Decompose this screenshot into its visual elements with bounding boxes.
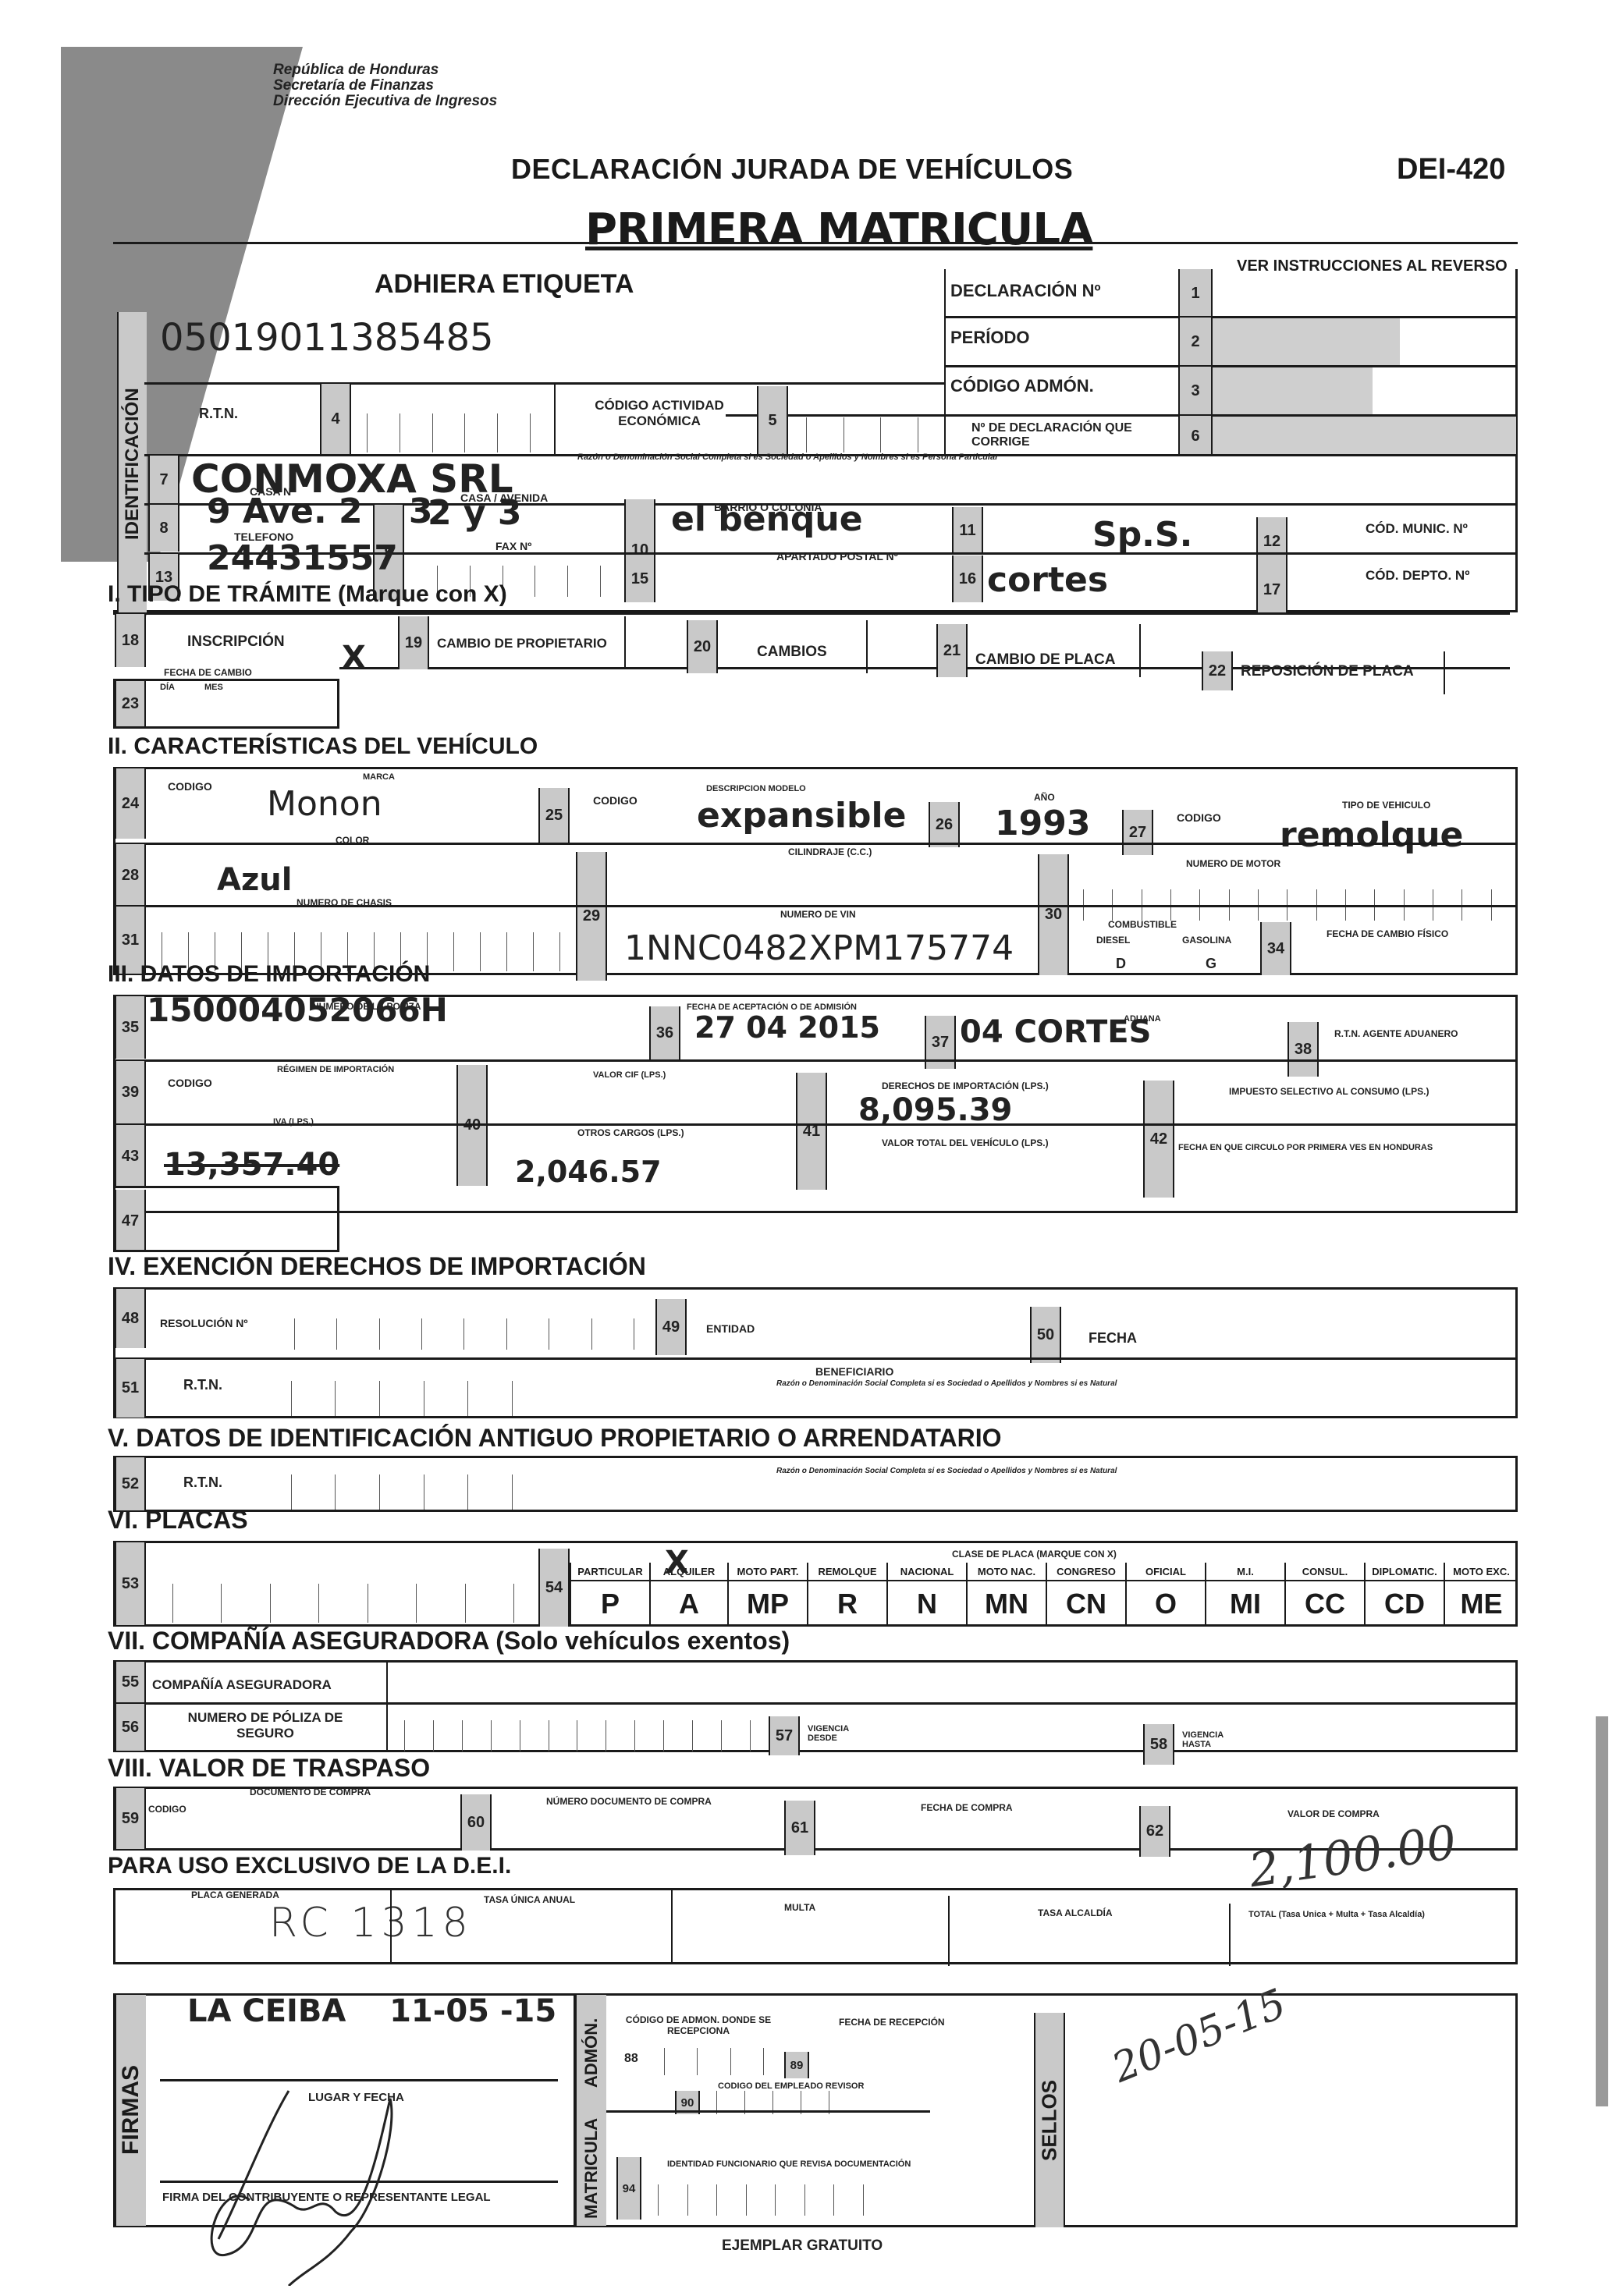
plate-class-nacional[interactable]: NACIONALN bbox=[886, 1563, 966, 1627]
rtn-agente-label: R.T.N. AGENTE ADUANERO bbox=[1334, 1028, 1458, 1039]
fecha-cambio-input[interactable] bbox=[113, 679, 339, 729]
funcionario-input[interactable] bbox=[644, 2184, 878, 2216]
ciudad-value[interactable]: Sp.S. bbox=[1092, 515, 1192, 555]
field-number: 34 bbox=[1260, 922, 1291, 975]
otros-cargos-label: OTROS CARGOS (LPS.) bbox=[577, 1127, 684, 1138]
plate-class-consul[interactable]: CONSUL.CC bbox=[1284, 1563, 1364, 1627]
fecha-circulo-label: FECHA EN QUE CIRCULO POR PRIMERA VES EN … bbox=[1178, 1143, 1433, 1152]
divider bbox=[386, 1662, 388, 1751]
section-exencion-title: IV. EXENCIÓN DERECHOS DE IMPORTACIÓN bbox=[108, 1252, 646, 1281]
field-number: 89 bbox=[784, 2052, 809, 2078]
field-number: 39 bbox=[115, 1061, 146, 1123]
beneficiario-rtn-input[interactable] bbox=[269, 1381, 535, 1416]
plate-class-moto-part[interactable]: MOTO PART.MP bbox=[727, 1563, 807, 1627]
field-number: 20 bbox=[687, 620, 718, 673]
plate-class-moto-nac[interactable]: MOTO NAC.MN bbox=[966, 1563, 1046, 1627]
combustible-label: COMBUSTIBLE bbox=[1108, 919, 1177, 930]
codigo-label: CODIGO bbox=[148, 1804, 186, 1815]
diesel-label: DIESEL bbox=[1096, 935, 1130, 946]
admon-side-label: ADMÓN. bbox=[575, 1995, 606, 2110]
section-antiguo-title: V. DATOS DE IDENTIFICACIÓN ANTIGUO PROPI… bbox=[108, 1424, 1002, 1453]
beneficiario-note: Razón o Denominación Social Completa si … bbox=[776, 1379, 1117, 1388]
aduana-value[interactable]: 04 CORTES bbox=[960, 1014, 1151, 1050]
valor-compra-label: VALOR DE COMPRA bbox=[1287, 1808, 1380, 1819]
otros-cargos-value[interactable]: 2,046.57 bbox=[515, 1155, 662, 1189]
barrio-value[interactable]: el benque bbox=[671, 499, 863, 539]
codigo-admon-recepciona-label: CÓDIGO DE ADMON. DONDE SE RECEPCIONA bbox=[620, 2014, 776, 2036]
fecha-compra-label: FECHA DE COMPRA bbox=[921, 1802, 1013, 1813]
chasis-label: NUMERO DE CHASIS bbox=[297, 897, 392, 908]
fecha-recepcion-label: FECHA DE RECEPCIÓN bbox=[839, 2017, 945, 2028]
field-number: 8 bbox=[148, 505, 179, 552]
rtn-label: R.T.N. bbox=[183, 1474, 222, 1491]
section-vehiculo-title: II. CARACTERÍSTICAS DEL VEHÍCULO bbox=[108, 733, 538, 760]
divider bbox=[144, 382, 944, 385]
vigencia-desde-label: VIGENCIA DESDE bbox=[808, 1724, 870, 1743]
field-number: 52 bbox=[115, 1457, 146, 1510]
divider bbox=[113, 1357, 1518, 1360]
divider bbox=[671, 1888, 673, 1964]
vin-label: NUMERO DE VIN bbox=[780, 909, 856, 920]
field-number: 43 bbox=[115, 1125, 146, 1187]
declaracion-corrige-label: Nº DE DECLARACIÓN QUE CORRIGE bbox=[971, 421, 1151, 449]
placa-generada-label: PLACA GENERADA bbox=[191, 1890, 279, 1900]
rtn-label: R.T.N. bbox=[199, 406, 238, 422]
field-number: 42 bbox=[1143, 1081, 1174, 1198]
divider bbox=[113, 1123, 1518, 1126]
codigo-admon-field[interactable] bbox=[1213, 367, 1373, 414]
periodo-field[interactable] bbox=[1213, 318, 1400, 365]
numero-documento-label: NÚMERO DOCUMENTO DE COMPRA bbox=[546, 1796, 712, 1807]
field-number: 58 bbox=[1143, 1724, 1174, 1765]
field-number: 62 bbox=[1139, 1806, 1170, 1857]
matricula-side-label: MATRICULA bbox=[575, 2110, 606, 2226]
divider bbox=[1444, 651, 1445, 694]
cod-munic-label: CÓD. MUNIC. Nº bbox=[1366, 521, 1468, 537]
total-label: TOTAL (Tasa Unica + Multa + Tasa Alcaldí… bbox=[1248, 1910, 1425, 1919]
field-number: 56 bbox=[115, 1704, 146, 1751]
poliza-value[interactable]: 150004052066H bbox=[147, 991, 448, 1029]
fecha-cambio-label: FECHA DE CAMBIO bbox=[164, 667, 252, 678]
compania-label: COMPAÑÍA ASEGURADORA bbox=[152, 1677, 332, 1693]
field-number: 25 bbox=[538, 788, 570, 843]
field-number: 22 bbox=[1202, 651, 1233, 690]
field-number: 27 bbox=[1122, 810, 1153, 855]
fecha-aceptacion-value[interactable]: 27 04 2015 bbox=[694, 1010, 880, 1045]
field-number: 3 bbox=[1178, 367, 1213, 415]
codigo-label: CODIGO bbox=[593, 794, 638, 807]
field-number: 24 bbox=[115, 768, 146, 839]
regimen-label: RÉGIMEN DE IMPORTACIÓN bbox=[277, 1065, 394, 1074]
clase-placa-label: CLASE DE PLACA (Marque con X) bbox=[952, 1549, 1117, 1560]
alquiler-mark: X bbox=[665, 1545, 689, 1581]
departamento-value[interactable]: cortes bbox=[987, 560, 1108, 600]
poliza-seguro-label: NUMERO DE PÓLIZA DE SEGURO bbox=[164, 1710, 367, 1741]
tramite-inscripcion-label: INSCRIPCIÓN bbox=[187, 633, 285, 651]
actividad-input[interactable] bbox=[788, 417, 936, 452]
gasolina-option[interactable]: G bbox=[1206, 956, 1216, 972]
tasa-alcaldia-label: TASA ALCALDÍA bbox=[1038, 1907, 1113, 1918]
document-subtitle: PRIMERA MATRICULA bbox=[585, 204, 1092, 255]
field-number: 30 bbox=[1038, 854, 1069, 975]
divider bbox=[113, 612, 1510, 615]
field-number: 1 bbox=[1178, 269, 1213, 318]
resolucion-label: RESOLUCIÓN Nº bbox=[160, 1317, 247, 1329]
field-number: 38 bbox=[1287, 1022, 1319, 1077]
section-tramite-title: I. TIPO DE TRÁMITE (Marque con X) bbox=[108, 581, 507, 608]
plate-class-congreso[interactable]: CONGRESOCN bbox=[1046, 1563, 1125, 1627]
avenida-value[interactable]: 2 y 3 bbox=[428, 493, 522, 533]
divider bbox=[866, 620, 868, 673]
funcionario-label: IDENTIDAD FUNCIONARIO QUE REVISA DOCUMEN… bbox=[667, 2159, 911, 2169]
field-number: 51 bbox=[115, 1359, 146, 1418]
iva-value[interactable]: 13,357.40 bbox=[164, 1147, 339, 1183]
divider bbox=[390, 1888, 392, 1964]
field-number: 29 bbox=[576, 852, 607, 981]
divider bbox=[113, 1702, 1518, 1705]
fax-label: FAX Nº bbox=[495, 540, 531, 552]
field-number: 94 bbox=[616, 2157, 641, 2220]
poliza-seguro-input[interactable] bbox=[390, 1720, 765, 1751]
marca-label: MARCA bbox=[363, 772, 395, 782]
field-number: 61 bbox=[784, 1801, 815, 1855]
fecha-cambio-fisico-label: FECHA DE CAMBIO FÍSICO bbox=[1327, 928, 1448, 939]
periodo-label: PERÍODO bbox=[950, 328, 1029, 348]
entidad-label: ENTIDAD bbox=[706, 1322, 755, 1335]
scan-edge-artifact bbox=[1596, 1716, 1608, 2106]
divider bbox=[554, 384, 556, 454]
signature-scribble bbox=[172, 2083, 468, 2286]
tipo-value[interactable]: remolque bbox=[1280, 815, 1463, 855]
lugar-fecha-value[interactable]: LA CEIBA 11-05 -15 bbox=[187, 1993, 556, 2029]
field-number: 57 bbox=[769, 1716, 800, 1755]
agency-line: Secretaría de Finanzas bbox=[273, 78, 497, 94]
modelo-value[interactable]: expansible bbox=[697, 796, 906, 836]
identificacion-side-label: IDENTIFICACIÓN bbox=[117, 312, 147, 616]
field-number: 6 bbox=[1178, 416, 1213, 456]
color-value[interactable]: Azul bbox=[217, 862, 292, 898]
signature-line bbox=[160, 2079, 558, 2081]
valor-cif-label: VALOR CIF (LPS.) bbox=[593, 1070, 666, 1080]
plate-class-mi[interactable]: M.I.MI bbox=[1205, 1563, 1284, 1627]
beneficiario-label: BENEFICIARIO bbox=[815, 1365, 893, 1378]
field-number: 50 bbox=[1030, 1307, 1061, 1363]
anio-value[interactable]: 1993 bbox=[995, 804, 1090, 843]
agency-line: Dirección Ejecutiva de Ingresos bbox=[273, 94, 497, 109]
placa-input[interactable] bbox=[148, 1584, 538, 1623]
divider bbox=[606, 2110, 930, 2113]
tramite-cambio-placa-label: CAMBIO DE PLACA bbox=[975, 651, 1115, 669]
form-code: DEI-420 bbox=[1397, 153, 1505, 186]
plate-class-diplomatic[interactable]: DIPLOMATIC.CD bbox=[1364, 1563, 1444, 1627]
tramite-reposicion-label: REPOSICIÓN DE PLACA bbox=[1241, 663, 1414, 680]
tipo-label: TIPO DE VEHICULO bbox=[1342, 800, 1430, 811]
empleado-label: CODIGO DEL EMPLEADO REVISOR bbox=[718, 2081, 864, 2091]
field-number: 54 bbox=[538, 1549, 570, 1627]
plate-class-oficial[interactable]: OFICIALO bbox=[1125, 1563, 1205, 1627]
field-number: 55 bbox=[115, 1662, 146, 1702]
field-number: 15 bbox=[624, 555, 655, 602]
selectivo-label: IMPUESTO SELECTIVO AL CONSUMO (LPS.) bbox=[1229, 1086, 1429, 1097]
section-aseguradora-title: VII. COMPAÑÍA ASEGURADORA (Solo vehículo… bbox=[108, 1627, 790, 1655]
field-number: 4 bbox=[320, 384, 351, 454]
vin-value[interactable]: 1NNC0482XPM175774 bbox=[624, 928, 1014, 968]
plate-class-moto-exc[interactable]: MOTO EXC.ME bbox=[1444, 1563, 1518, 1627]
field-number: 41 bbox=[796, 1073, 827, 1190]
rtn-label: R.T.N. bbox=[183, 1377, 222, 1393]
divider bbox=[944, 269, 946, 456]
field-number: 35 bbox=[115, 996, 146, 1059]
diesel-option[interactable]: D bbox=[1116, 956, 1126, 972]
section-placas-title: VI. PLACAS bbox=[108, 1506, 248, 1535]
footer-note: EJEMPLAR GRATUITO bbox=[722, 2237, 883, 2255]
field-number: 11 bbox=[952, 507, 983, 554]
field-number: 26 bbox=[929, 802, 960, 847]
admon-num: 88 bbox=[624, 2052, 638, 2066]
rtn-importador-input[interactable] bbox=[113, 1186, 339, 1252]
motor-label: NUMERO DE MOTOR bbox=[1186, 858, 1280, 869]
plate-class-row: PARTICULARP ALQUILERA MOTO PART.MP REMOL… bbox=[570, 1563, 1518, 1627]
field-number: 21 bbox=[936, 624, 968, 677]
section-importacion-title: III. DATOS DE IMPORTACIÓN bbox=[108, 961, 430, 988]
codigo-label: CODIGO bbox=[1177, 811, 1221, 824]
fecha-label: FECHA bbox=[1089, 1330, 1137, 1347]
agency-line: República de Honduras bbox=[273, 62, 497, 78]
admon-code-input[interactable] bbox=[648, 2048, 780, 2075]
cod-depto-label: CÓD. DEPTO. Nº bbox=[1366, 568, 1469, 584]
codigo-label: CODIGO bbox=[168, 1077, 212, 1089]
tramite-cambio-propietario-label: CAMBIO DE PROPIETARIO bbox=[437, 636, 607, 651]
field-number: 60 bbox=[460, 1794, 492, 1851]
plate-class-particular[interactable]: PARTICULARP bbox=[570, 1563, 649, 1627]
divider bbox=[1229, 1904, 1231, 1966]
field-number: 19 bbox=[398, 616, 429, 669]
field-number: 5 bbox=[757, 386, 788, 455]
divider bbox=[1139, 624, 1141, 677]
field-number: 28 bbox=[115, 844, 146, 907]
declaracion-corrige-field[interactable] bbox=[1213, 417, 1516, 456]
field-number: 36 bbox=[649, 1006, 680, 1059]
declaracion-label: DECLARACIÓN Nº bbox=[950, 281, 1101, 301]
razon-social-note: Razón o Denominación Social Completa si … bbox=[577, 452, 998, 462]
firmas-side-label: FIRMAS bbox=[115, 1995, 146, 2226]
resolucion-input[interactable] bbox=[273, 1318, 655, 1350]
field-number: 17 bbox=[1256, 566, 1287, 614]
cilindraje-label: CILINDRAJE (C.C.) bbox=[788, 846, 872, 857]
label-number[interactable]: 05019011385485 bbox=[160, 316, 494, 360]
placa-generada-value[interactable]: RC 1318 bbox=[269, 1900, 473, 1946]
document-title: DECLARACIÓN JURADA DE VEHÍCULOS bbox=[511, 153, 1073, 186]
field-number: 2 bbox=[1178, 318, 1213, 366]
field-number: 16 bbox=[952, 555, 983, 602]
divider bbox=[113, 843, 1518, 845]
divider bbox=[948, 1896, 950, 1966]
derechos-label: DERECHOS DE IMPORTACIÓN (LPS.) bbox=[882, 1081, 1049, 1091]
field-number: 49 bbox=[655, 1299, 687, 1355]
actividad-label: CÓDIGO ACTIVIDAD ECONÓMICA bbox=[570, 398, 749, 429]
codigo-label: CODIGO bbox=[168, 780, 212, 793]
divider bbox=[113, 242, 1518, 244]
field-number: 7 bbox=[148, 456, 179, 504]
documento-compra-label: DOCUMENTO DE COMPRA bbox=[250, 1787, 371, 1797]
apartado-label: APARTADO POSTAL Nº bbox=[776, 550, 898, 562]
divider bbox=[113, 1059, 1518, 1062]
antiguo-rtn-input[interactable] bbox=[269, 1474, 535, 1510]
modelo-label: DESCRIPCION MODELO bbox=[706, 784, 806, 793]
tasa-unica-label: TASA ÚNICA ANUAL bbox=[484, 1894, 575, 1905]
telefono-value[interactable]: 24431557 bbox=[207, 538, 398, 578]
field-number: 18 bbox=[115, 614, 146, 667]
divider bbox=[624, 616, 626, 669]
anio-label: AÑO bbox=[1034, 792, 1055, 803]
section-traspaso-title: VIII. VALOR DE TRASPASO bbox=[108, 1754, 430, 1783]
tramite-inscripcion-mark[interactable]: X bbox=[342, 640, 366, 676]
iva-label: IVA (LPS.) bbox=[273, 1117, 314, 1127]
tramite-cambios-label: CAMBIOS bbox=[757, 644, 827, 661]
codigo-admon-label: CÓDIGO ADMÓN. bbox=[950, 376, 1094, 396]
field-number: 53 bbox=[115, 1542, 146, 1625]
plate-class-remolque[interactable]: REMOLQUER bbox=[807, 1563, 886, 1627]
field-number: 48 bbox=[115, 1289, 146, 1348]
multa-label: MULTA bbox=[784, 1902, 815, 1913]
section-dei-title: PARA USO EXCLUSIVO DE LA D.E.I. bbox=[108, 1853, 511, 1879]
sellos-side-label: SELLOS bbox=[1034, 2013, 1065, 2227]
color-label: COLOR bbox=[336, 835, 369, 846]
marca-value[interactable]: Monon bbox=[267, 784, 382, 824]
rtn-input[interactable] bbox=[351, 413, 546, 452]
antiguo-razon-note: Razón o Denominación Social Completa si … bbox=[776, 1467, 1117, 1475]
vigencia-hasta-label: VIGENCIA HASTA bbox=[1182, 1730, 1245, 1749]
field-number: 59 bbox=[115, 1788, 146, 1849]
valor-total-label: VALOR TOTAL DEL VEHÍCULO (LPS.) bbox=[882, 1137, 1049, 1148]
gasolina-label: GASOLINA bbox=[1182, 935, 1231, 946]
field-number: 12 bbox=[1256, 517, 1287, 566]
agency-header: República de Honduras Secretaría de Fina… bbox=[273, 62, 497, 109]
